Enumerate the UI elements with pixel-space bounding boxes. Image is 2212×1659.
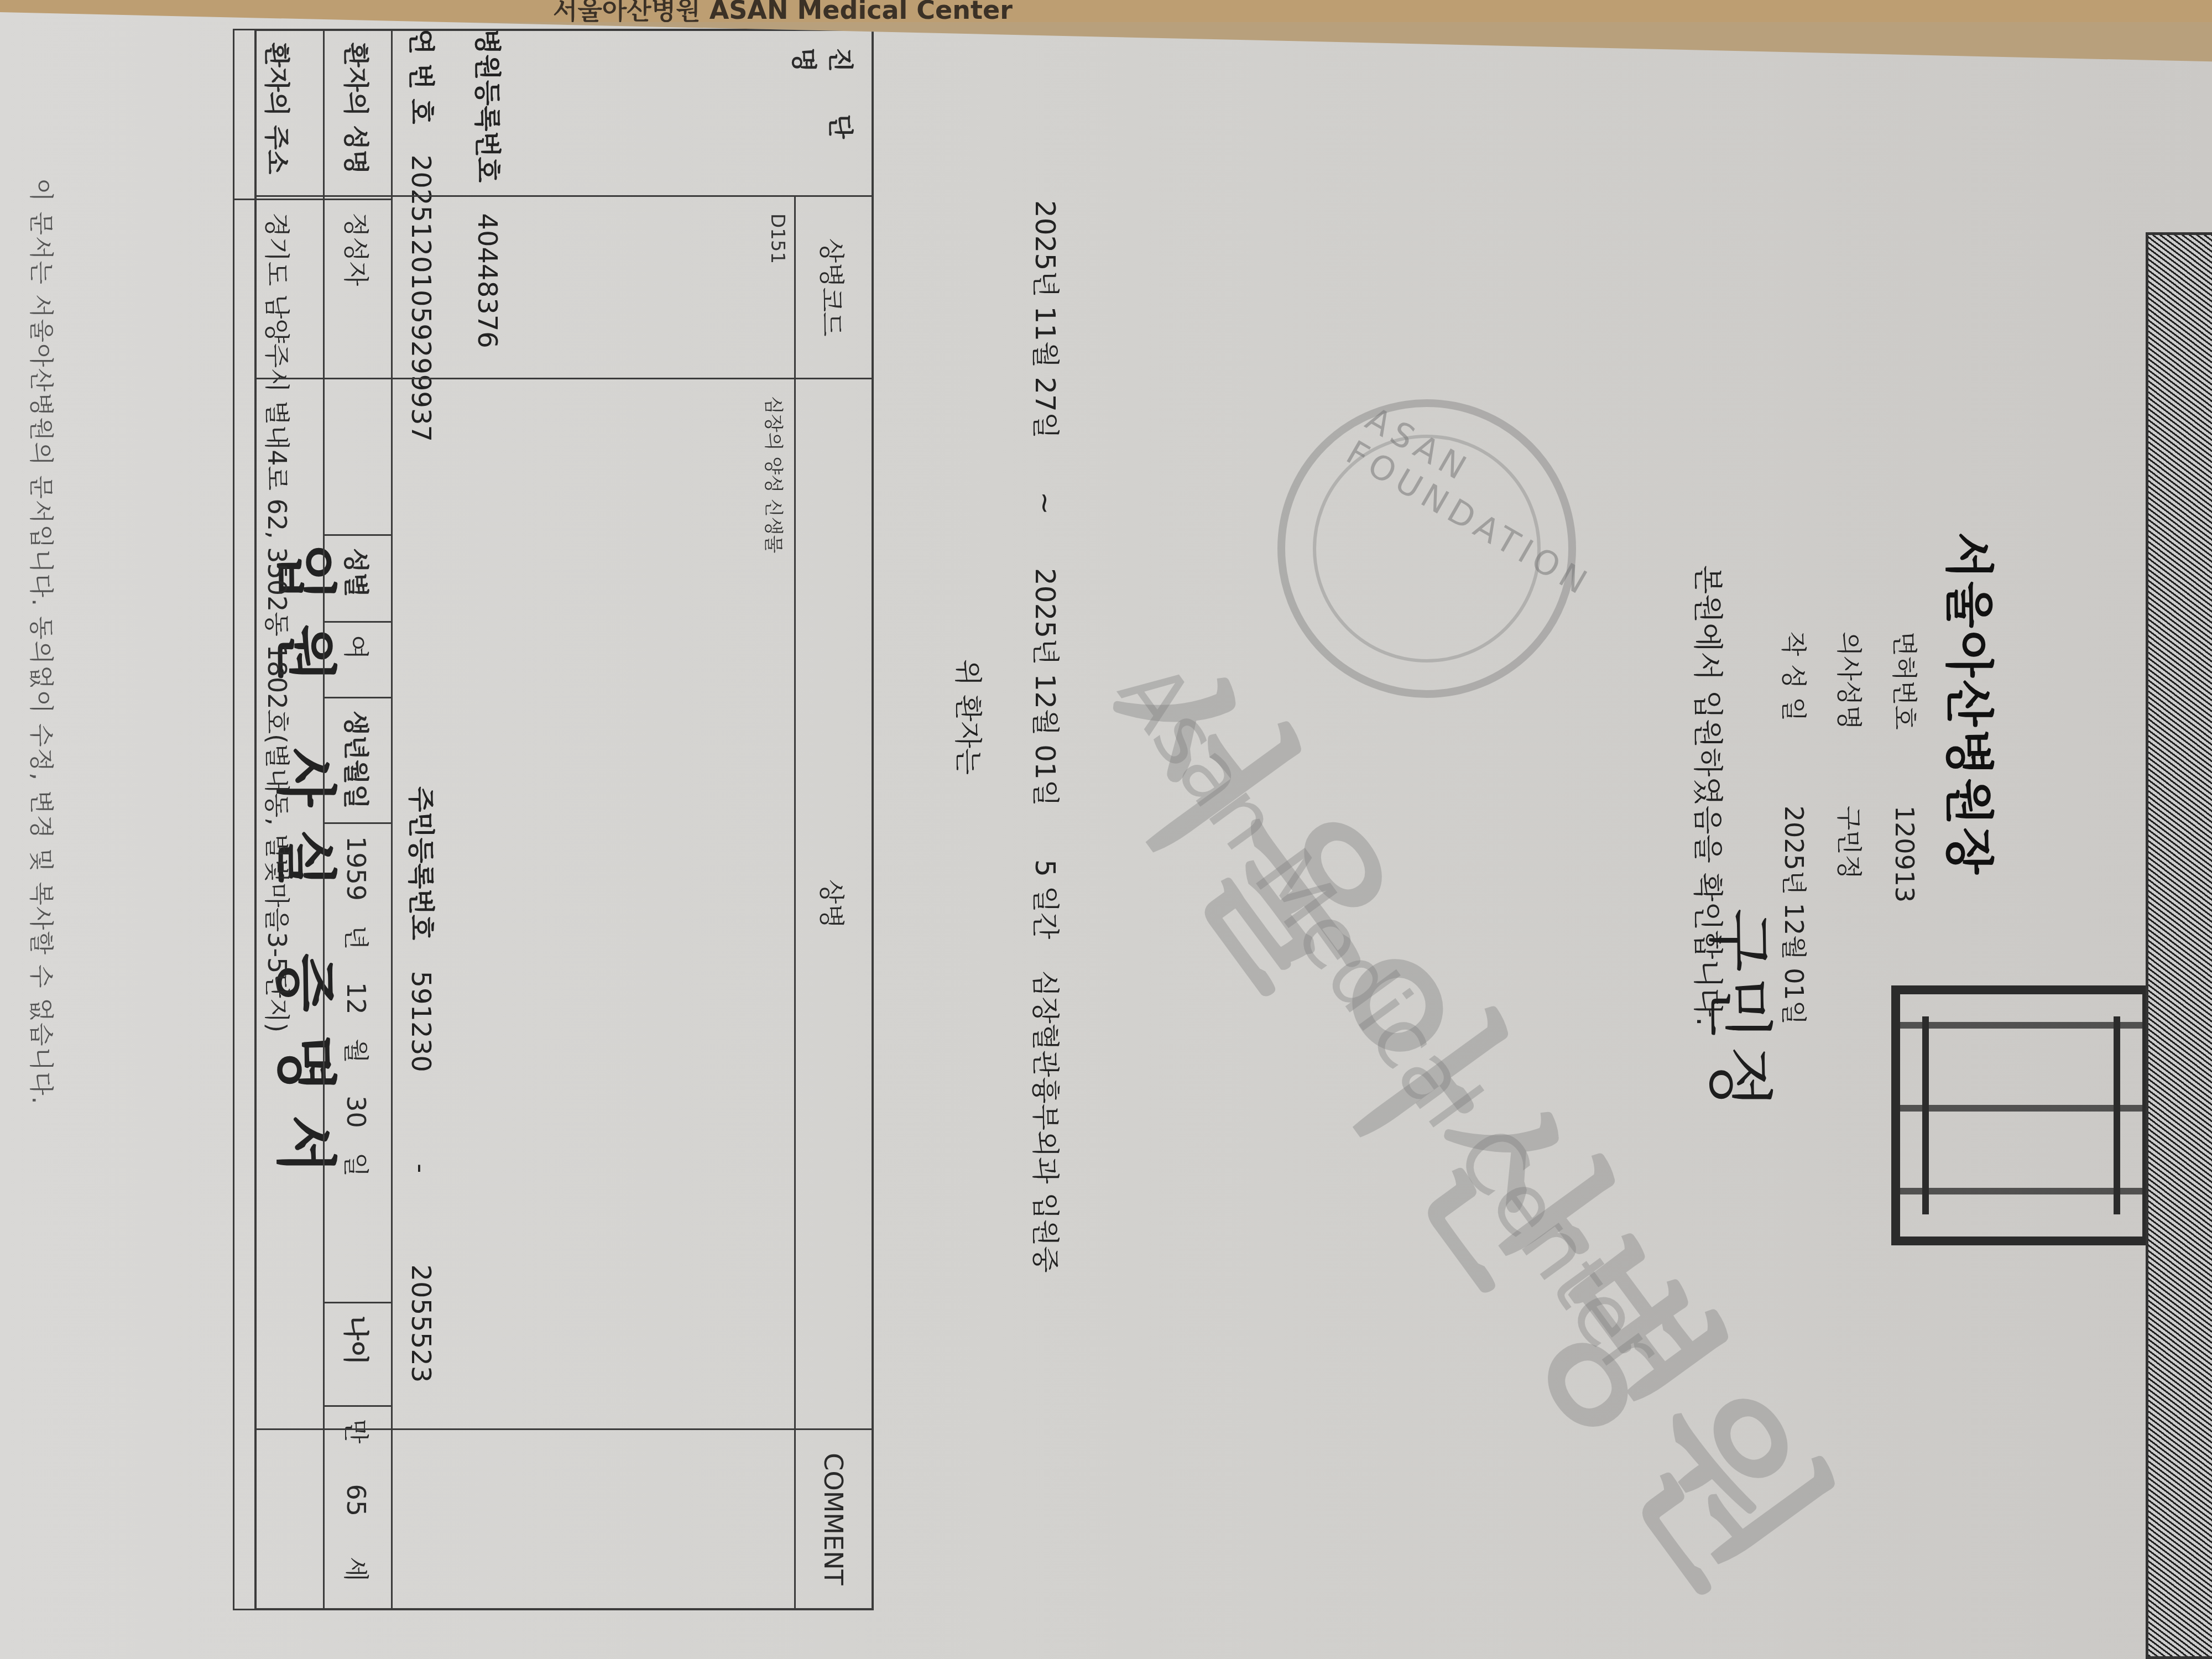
doctor-signature: 구민정 [1697, 908, 1792, 1114]
certificate-document: 이 문서는 서울아산병원의 문서입니다. 동의없이 수정, 변경 및 복사할 수… [6, 12, 2212, 1659]
admission-department: 심장혈관흉부외과 입원중 [1029, 970, 1061, 1272]
watermark-english: Asan Medical Center [1100, 646, 1679, 1392]
period-tilde: ~ [1029, 492, 1061, 515]
admission-from: 2025년 11월 27일 [1029, 200, 1061, 439]
doctor-name-line: 의사성명 구민정 [1833, 632, 1869, 879]
doctor-seal-stamp [1891, 985, 2151, 1245]
admission-days-unit: 일간 [1029, 886, 1061, 940]
column-header-comment: COMMENT [794, 1430, 872, 1608]
column-header-disease: 상병 [794, 379, 872, 1430]
diagnosis-label: 진 단 명 [257, 31, 872, 197]
doctor-label: 의사성명 [1833, 632, 1869, 797]
license-line: 면허번호 120913 [1888, 632, 1924, 902]
background-document-header: 서울아산병원 ASAN Medical Center [0, 0, 2212, 22]
license-value: 120913 [1890, 806, 1919, 903]
diagnosis-code: D151 [766, 213, 789, 264]
column-header-code: 상병코드 [794, 197, 872, 379]
admission-to: 2025년 12월 01일 [1029, 568, 1061, 806]
asan-foundation-seal: ASAN FOUNDATION [1277, 399, 1576, 698]
admission-days: 5 [1029, 859, 1061, 877]
issuer-hospital: 서울아산병원장 [1938, 532, 2007, 877]
security-pattern [2146, 232, 2212, 1659]
copy-notice: 이 문서는 서울아산병원의 문서입니다. 동의없이 수정, 변경 및 복사할 수… [25, 178, 61, 1561]
admission-period: 2025년 11월 27일 ~ 2025년 12월 01일 5 일간 심장혈관흉… [1027, 200, 1067, 1272]
doctor-value: 구민정 [1834, 806, 1864, 879]
diagnosis-name: 심장의 양성 신생물 [761, 396, 789, 553]
license-label: 면허번호 [1888, 632, 1924, 797]
certificate-paper: 이 문서는 서울아산병원의 문서입니다. 동의없이 수정, 변경 및 복사할 수… [0, 12, 2212, 1659]
diagnosis-section: 진 단 명 상병코드 상병 COMMENT D151 심장의 양성 신생물 [254, 29, 874, 1610]
written-label: 작 성 일 [1777, 632, 1814, 797]
patient-intro: 위 환자는 [950, 659, 990, 775]
